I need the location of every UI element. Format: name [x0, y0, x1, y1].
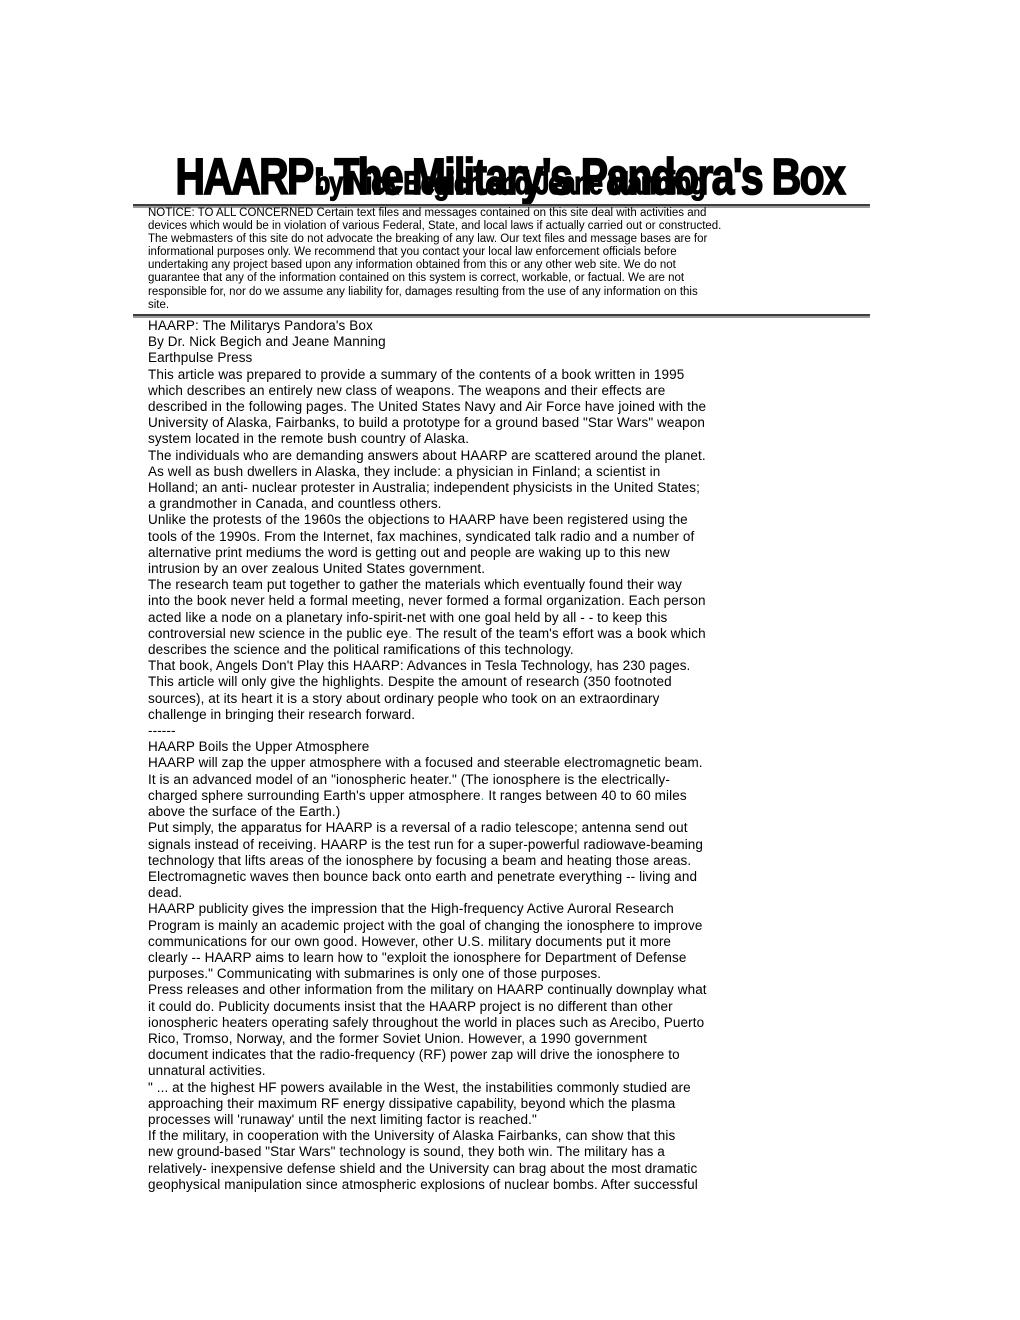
text-segment: The result of the team's effort was a bo…: [412, 626, 706, 641]
article-byline: by Nick Begich and Jeane Manning: [0, 167, 1020, 199]
text-line: This article was prepared to provide a s…: [148, 367, 928, 383]
text-line: If the military, in cooperation with the…: [148, 1128, 928, 1144]
text-line: Put simply, the apparatus for HAARP is a…: [148, 820, 928, 836]
text-line: described in the following pages. The Un…: [148, 399, 928, 415]
text-line: into the book never held a formal meetin…: [148, 593, 928, 609]
text-line: Unlike the protests of the 1960s the obj…: [148, 512, 928, 528]
text-line: Rico, Tromso, Norway, and the former Sov…: [148, 1031, 928, 1047]
text-line: HAARP publicity gives the impression tha…: [148, 901, 928, 917]
text-line: controversial new science in the public …: [148, 626, 928, 642]
text-segment: controversial new science in the public …: [148, 626, 408, 641]
text-line: HAARP: The Militarys Pandora's Box: [148, 318, 928, 334]
text-line: ionospheric heaters operating safely thr…: [148, 1015, 928, 1031]
document-page: HAARP: The Military's Pandora's Box by N…: [0, 0, 1020, 1320]
text-line: unnatural activities.: [148, 1063, 928, 1079]
text-line: a grandmother in Canada, and countless o…: [148, 496, 928, 512]
text-line: Electromagnetic waves then bounce back o…: [148, 869, 928, 885]
text-line: it could do. Publicity documents insist …: [148, 999, 928, 1015]
text-line: As well as bush dwellers in Alaska, they…: [148, 464, 928, 480]
text-line: which describes an entirely new class of…: [148, 383, 928, 399]
text-line: communications for our own good. However…: [148, 934, 928, 950]
text-line: charged sphere surrounding Earth's upper…: [148, 788, 928, 804]
text-line: document indicates that the radio-freque…: [148, 1047, 928, 1063]
text-line: The research team put together to gather…: [148, 577, 928, 593]
text-line: Program is mainly an academic project wi…: [148, 918, 928, 934]
text-line: tools of the 1990s. From the Internet, f…: [148, 529, 928, 545]
text-line: site.: [148, 299, 908, 312]
text-line: That book, Angels Don't Play this HAARP:…: [148, 658, 928, 674]
text-line: clearly -- HAARP aims to learn how to "e…: [148, 950, 928, 966]
text-line: responsible for, nor do we assume any li…: [148, 286, 908, 299]
text-line: " ... at the highest HF powers available…: [148, 1080, 928, 1096]
text-line: above the surface of the Earth.): [148, 804, 928, 820]
text-line: technology that lifts areas of the ionos…: [148, 853, 928, 869]
text-line: relatively- inexpensive defense shield a…: [148, 1161, 928, 1177]
text-line: It is an advanced model of an "ionospher…: [148, 772, 928, 788]
text-line: challenge in bringing their research for…: [148, 707, 928, 723]
text-line: dead.: [148, 885, 928, 901]
text-line: The individuals who are demanding answer…: [148, 448, 928, 464]
text-line: processes will 'runaway' until the next …: [148, 1112, 928, 1128]
text-line: devices which would be in violation of v…: [148, 220, 908, 233]
text-line: describes the science and the political …: [148, 642, 928, 658]
text-line: alternative print mediums the word is ge…: [148, 545, 928, 561]
text-line: ------: [148, 723, 928, 739]
text-line: intrusion by an over zealous United Stat…: [148, 561, 928, 577]
text-line: Earthpulse Press: [148, 350, 928, 366]
text-line: system located in the remote bush countr…: [148, 431, 928, 447]
text-line: signals instead of receiving. HAARP is t…: [148, 837, 928, 853]
article-body: HAARP: The Militarys Pandora's BoxBy Dr.…: [148, 318, 928, 1193]
text-line: guarantee that any of the information co…: [148, 272, 908, 285]
article-byline-text: by Nick Begich and Jeane Manning: [315, 167, 705, 199]
text-line: undertaking any project based upon any i…: [148, 259, 908, 272]
text-line: Press releases and other information fro…: [148, 982, 928, 998]
text-line: The webmasters of this site do not advoc…: [148, 233, 908, 246]
text-line: University of Alaska, Fairbanks, to buil…: [148, 415, 928, 431]
text-line: This article will only give the highligh…: [148, 674, 928, 690]
text-line: new ground-based "Star Wars" technology …: [148, 1144, 928, 1160]
text-line: By Dr. Nick Begich and Jeane Manning: [148, 334, 928, 350]
text-segment: charged sphere surrounding Earth's upper…: [148, 788, 481, 803]
text-line: NOTICE: TO ALL CONCERNED Certain text fi…: [148, 207, 908, 220]
text-line: sources), at its heart it is a story abo…: [148, 691, 928, 707]
text-segment: It ranges between 40 to 60 miles: [485, 788, 687, 803]
text-line: Holland; an anti- nuclear protester in A…: [148, 480, 928, 496]
text-line: approaching their maximum RF energy diss…: [148, 1096, 928, 1112]
text-line: purposes." Communicating with submarines…: [148, 966, 928, 982]
text-line: HAARP Boils the Upper Atmosphere: [148, 739, 928, 755]
text-line: informational purposes only. We recommen…: [148, 246, 908, 259]
text-line: acted like a node on a planetary info-sp…: [148, 610, 928, 626]
text-line: HAARP will zap the upper atmosphere with…: [148, 755, 928, 771]
text-line: geophysical manipulation since atmospher…: [148, 1177, 928, 1193]
site-notice: NOTICE: TO ALL CONCERNED Certain text fi…: [148, 207, 908, 312]
